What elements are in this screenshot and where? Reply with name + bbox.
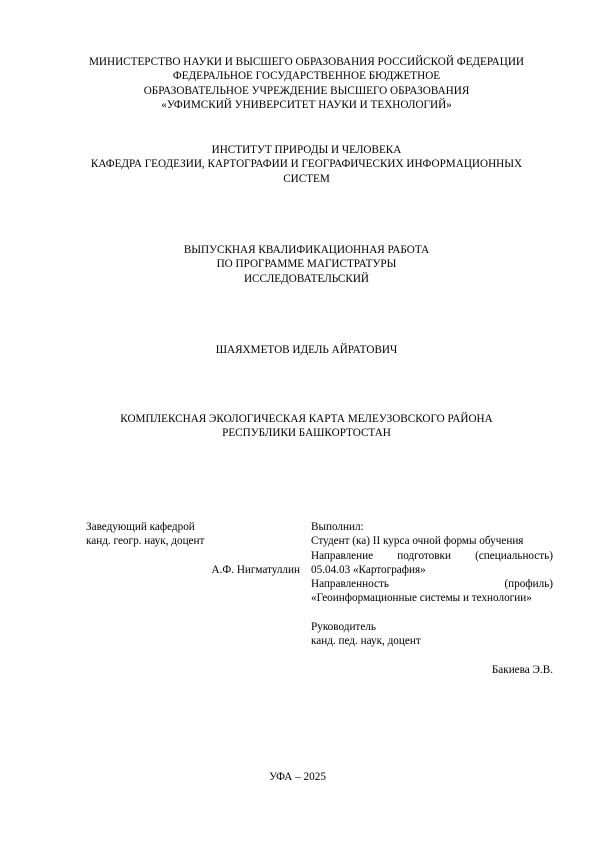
work-type-line: ПО ПРОГРАММЕ МАГИСТРАТУРЫ — [60, 257, 553, 271]
ministry-header: МИНИСТЕРСТВО НАУКИ И ВЫСШЕГО ОБРАЗОВАНИЯ… — [60, 55, 553, 112]
profile-word: (профиль) — [504, 577, 553, 591]
supervisor-name: Бакиева Э.В. — [311, 663, 553, 677]
city-year: УФА – 2025 — [0, 771, 595, 783]
title-line: РЕСПУБЛИКИ БАШКОРТОСТАН — [60, 426, 553, 440]
profile-word: Направленность — [311, 577, 389, 591]
hod-degree: канд. геогр. наук, доцент — [86, 534, 300, 548]
direction-word: подготовки — [397, 549, 451, 563]
profile-value: «Геоинформационные системы и технологии» — [311, 591, 553, 605]
direction-word: Направление — [311, 549, 373, 563]
profile-line: Направленность (профиль) — [311, 577, 553, 591]
hod-role: Заведующий кафедрой — [86, 520, 300, 534]
department-line: КАФЕДРА ГЕОДЕЗИИ, КАРТОГРАФИИ И ГЕОГРАФИ… — [60, 157, 553, 171]
header-line: ОБРАЗОВАТЕЛЬНОЕ УЧРЕЖДЕНИЕ ВЫСШЕГО ОБРАЗ… — [60, 84, 553, 98]
performer-block: Выполнил: Студент (ка) II курса очной фо… — [311, 520, 553, 677]
direction-line: Направление подготовки (специальность) — [311, 549, 553, 563]
supervisor-role: Руководитель — [311, 620, 553, 634]
institute-line: ИНСТИТУТ ПРИРОДЫ И ЧЕЛОВЕКА — [60, 143, 553, 157]
work-type-line: ИССЛЕДОВАТЕЛЬСКИЙ — [60, 272, 553, 286]
hod-name: А.Ф. Нигматуллин — [86, 563, 300, 577]
title-line: КОМПЛЕКСНАЯ ЭКОЛОГИЧЕСКАЯ КАРТА МЕЛЕУЗОВ… — [60, 412, 553, 426]
header-line: ФЕДЕРАЛЬНОЕ ГОСУДАРСТВЕННОЕ БЮДЖЕТНОЕ — [60, 69, 553, 83]
author-line: ШАЯХМЕТОВ ИДЕЛЬ АЙРАТОВИЧ — [60, 343, 553, 357]
author-name: ШАЯХМЕТОВ ИДЕЛЬ АЙРАТОВИЧ — [60, 343, 553, 357]
supervisor-degree: канд. пед. наук, доцент — [311, 634, 553, 648]
student-info: Студент (ка) II курса очной формы обучен… — [311, 534, 553, 548]
direction-word: (специальность) — [475, 549, 553, 563]
performer-label: Выполнил: — [311, 520, 553, 534]
work-type-block: ВЫПУСКНАЯ КВАЛИФИКАЦИОННАЯ РАБОТА ПО ПРО… — [60, 243, 553, 286]
institute-block: ИНСТИТУТ ПРИРОДЫ И ЧЕЛОВЕКА КАФЕДРА ГЕОД… — [60, 143, 553, 186]
department-line: СИСТЕМ — [60, 172, 553, 186]
header-line: МИНИСТЕРСТВО НАУКИ И ВЫСШЕГО ОБРАЗОВАНИЯ… — [60, 55, 553, 69]
thesis-title: КОМПЛЕКСНАЯ ЭКОЛОГИЧЕСКАЯ КАРТА МЕЛЕУЗОВ… — [60, 412, 553, 441]
work-type-line: ВЫПУСКНАЯ КВАЛИФИКАЦИОННАЯ РАБОТА — [60, 243, 553, 257]
header-line: «УФИМСКИЙ УНИВЕРСИТЕТ НАУКИ И ТЕХНОЛОГИЙ… — [60, 98, 553, 112]
direction-value: 05.04.03 «Картография» — [311, 563, 553, 577]
head-of-department-block: Заведующий кафедрой канд. геогр. наук, д… — [86, 520, 300, 577]
